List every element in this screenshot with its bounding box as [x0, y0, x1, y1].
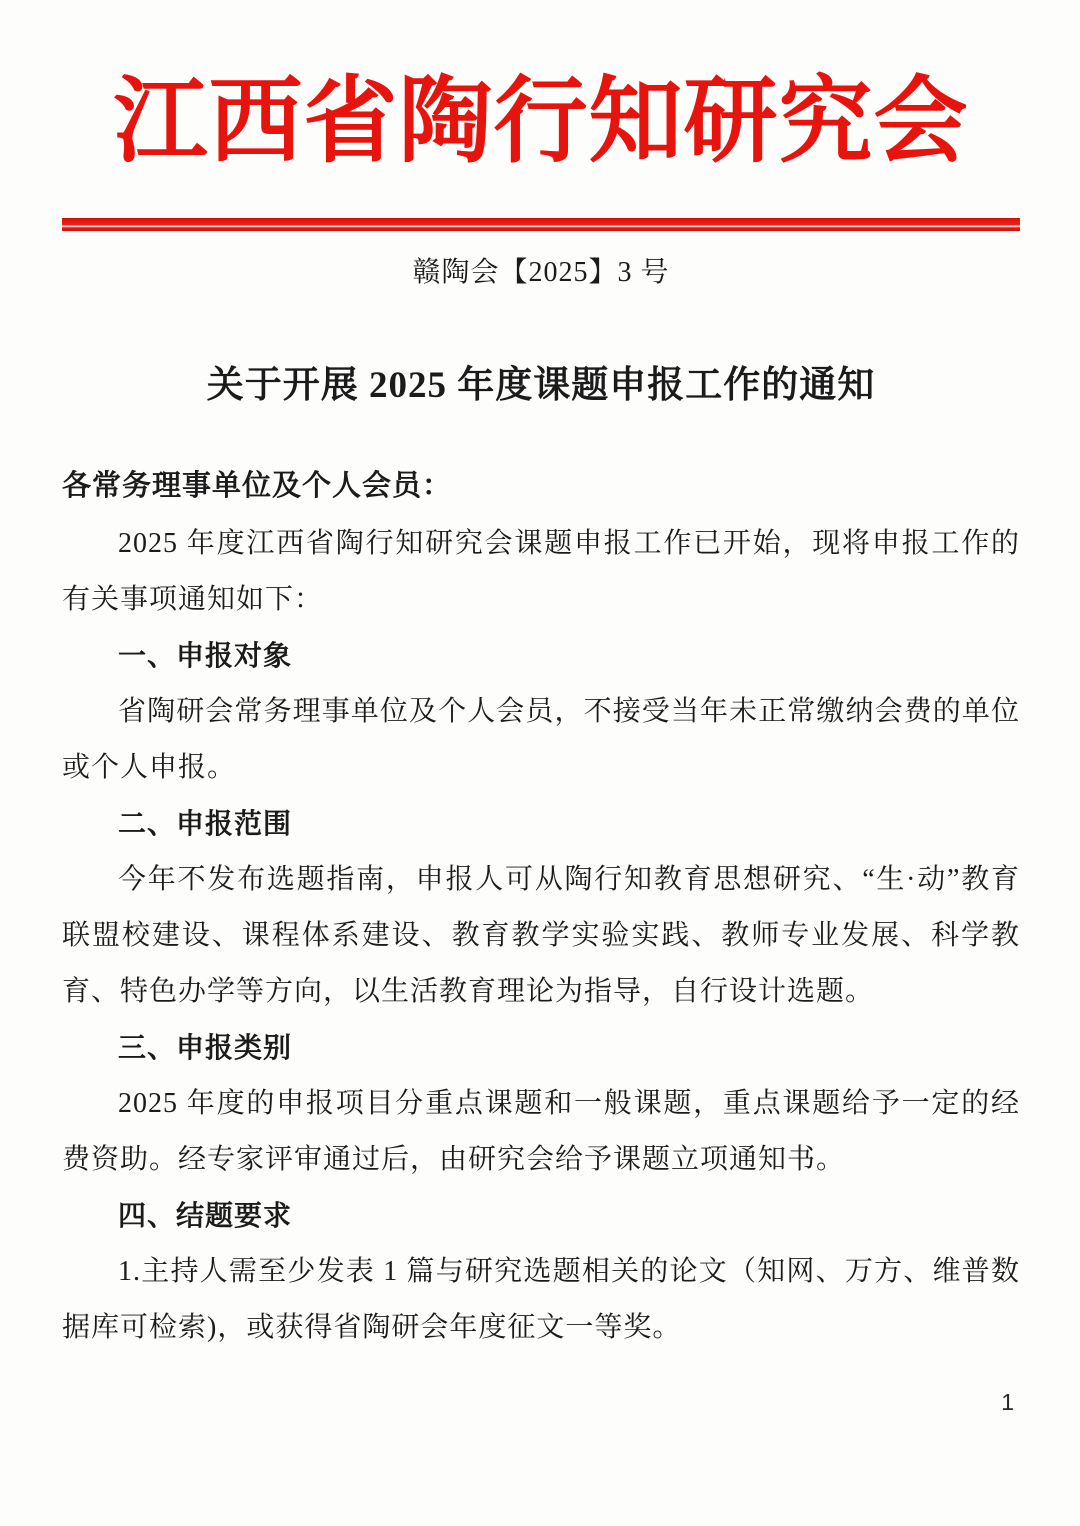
document-number: 赣陶会【2025】3 号 [62, 258, 1020, 289]
document-content: 江西省陶行知研究会 赣陶会【2025】3 号 关于开展 2025 年度课题申报工… [0, 0, 1080, 1356]
section-2-heading: 二、申报范围 [62, 796, 1020, 852]
letterhead-title: 江西省陶行知研究会 [62, 0, 1020, 182]
section-3-paragraph: 2025 年度的申报项目分重点课题和一般课题，重点课题给予一定的经费资助。经专家… [62, 1076, 1020, 1188]
notice-title: 关于开展 2025 年度课题申报工作的通知 [62, 365, 1020, 408]
section-1-heading: 一、申报对象 [62, 628, 1020, 684]
paragraph-intro: 2025 年度江西省陶行知研究会课题申报工作已开始，现将申报工作的有关事项通知如… [62, 516, 1020, 628]
page-number: 1 [1001, 1391, 1014, 1414]
section-1-paragraph: 省陶研会常务理事单位及个人会员，不接受当年未正常缴纳会费的单位或个人申报。 [62, 684, 1020, 796]
section-4-paragraph: 1.主持人需至少发表 1 篇与研究选题相关的论文（知网、万方、维普数据库可检索)… [62, 1244, 1020, 1356]
document-page: 江西省陶行知研究会 赣陶会【2025】3 号 关于开展 2025 年度课题申报工… [0, 0, 1080, 1526]
letterhead-rule [62, 218, 1020, 231]
section-2-paragraph: 今年不发布选题指南，申报人可从陶行知教育思想研究、“生·动”教育联盟校建设、课程… [62, 852, 1020, 1020]
section-3-heading: 三、申报类别 [62, 1020, 1020, 1076]
notice-body: 2025 年度江西省陶行知研究会课题申报工作已开始，现将申报工作的有关事项通知如… [62, 516, 1020, 1356]
section-4-heading: 四、结题要求 [62, 1188, 1020, 1244]
salutation: 各常务理事单位及个人会员： [62, 470, 1020, 503]
